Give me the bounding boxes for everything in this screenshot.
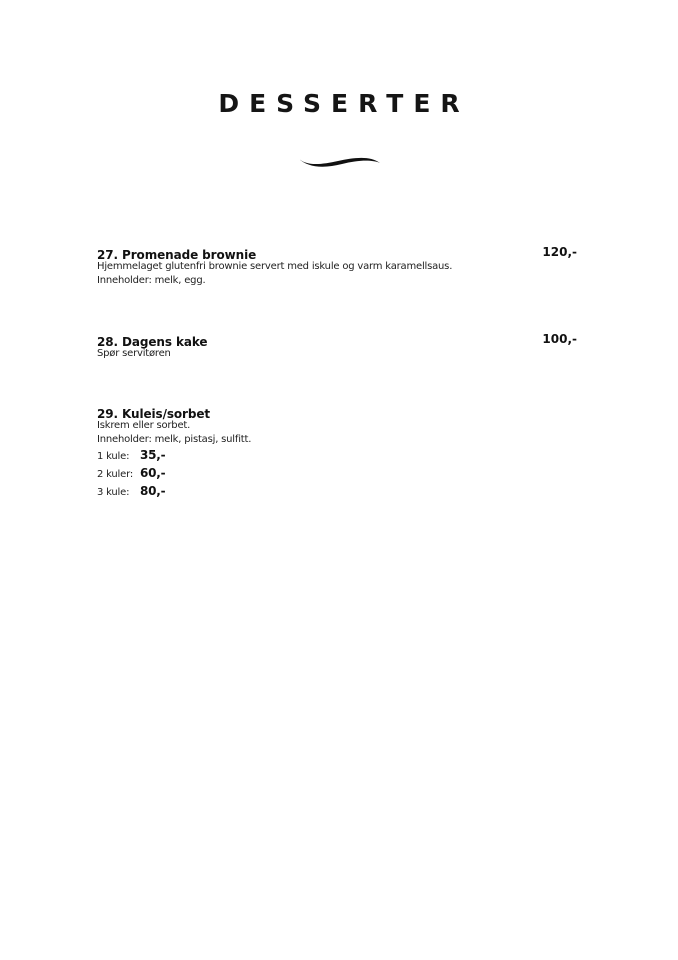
- item-name: 29. Kuleis/sorbet: [97, 407, 210, 421]
- scoop-label: 1 kule:: [97, 449, 137, 465]
- item-name: 28. Dagens kake: [97, 335, 207, 349]
- scoop-label: 3 kule:: [97, 485, 137, 501]
- page-title: DESSERTER: [0, 89, 678, 119]
- menu-item-kuleis-sorbet: 29. Kuleis/sorbet Iskrem eller sorbet. I…: [97, 403, 577, 501]
- scoop-price: 35,-: [140, 448, 165, 462]
- menu-item-promenade-brownie: 27. Promenade brownie 120,- Hjemmelaget …: [97, 244, 577, 288]
- menu-item-dagens-kake: 28. Dagens kake 100,- Spør servitøren: [97, 331, 577, 361]
- item-price: 120,-: [542, 244, 577, 260]
- item-allergens: Inneholder: melk, pistasj, sulfitt.: [97, 433, 577, 447]
- item-description: Spør servitøren: [97, 347, 577, 361]
- scoop-price-row: 1 kule: 35,-: [97, 447, 577, 465]
- item-name: 27. Promenade brownie: [97, 248, 256, 262]
- scoop-price: 60,-: [140, 466, 165, 480]
- swash-divider-icon: [296, 152, 382, 172]
- scoop-label: 2 kuler:: [97, 467, 137, 483]
- item-price: 100,-: [542, 331, 577, 347]
- item-description: Hjemmelaget glutenfri brownie servert me…: [97, 260, 577, 274]
- scoop-price: 80,-: [140, 484, 165, 498]
- item-description: Iskrem eller sorbet.: [97, 419, 577, 433]
- item-allergens: Inneholder: melk, egg.: [97, 274, 577, 288]
- scoop-price-row: 2 kuler: 60,-: [97, 465, 577, 483]
- scoop-price-row: 3 kule: 80,-: [97, 483, 577, 501]
